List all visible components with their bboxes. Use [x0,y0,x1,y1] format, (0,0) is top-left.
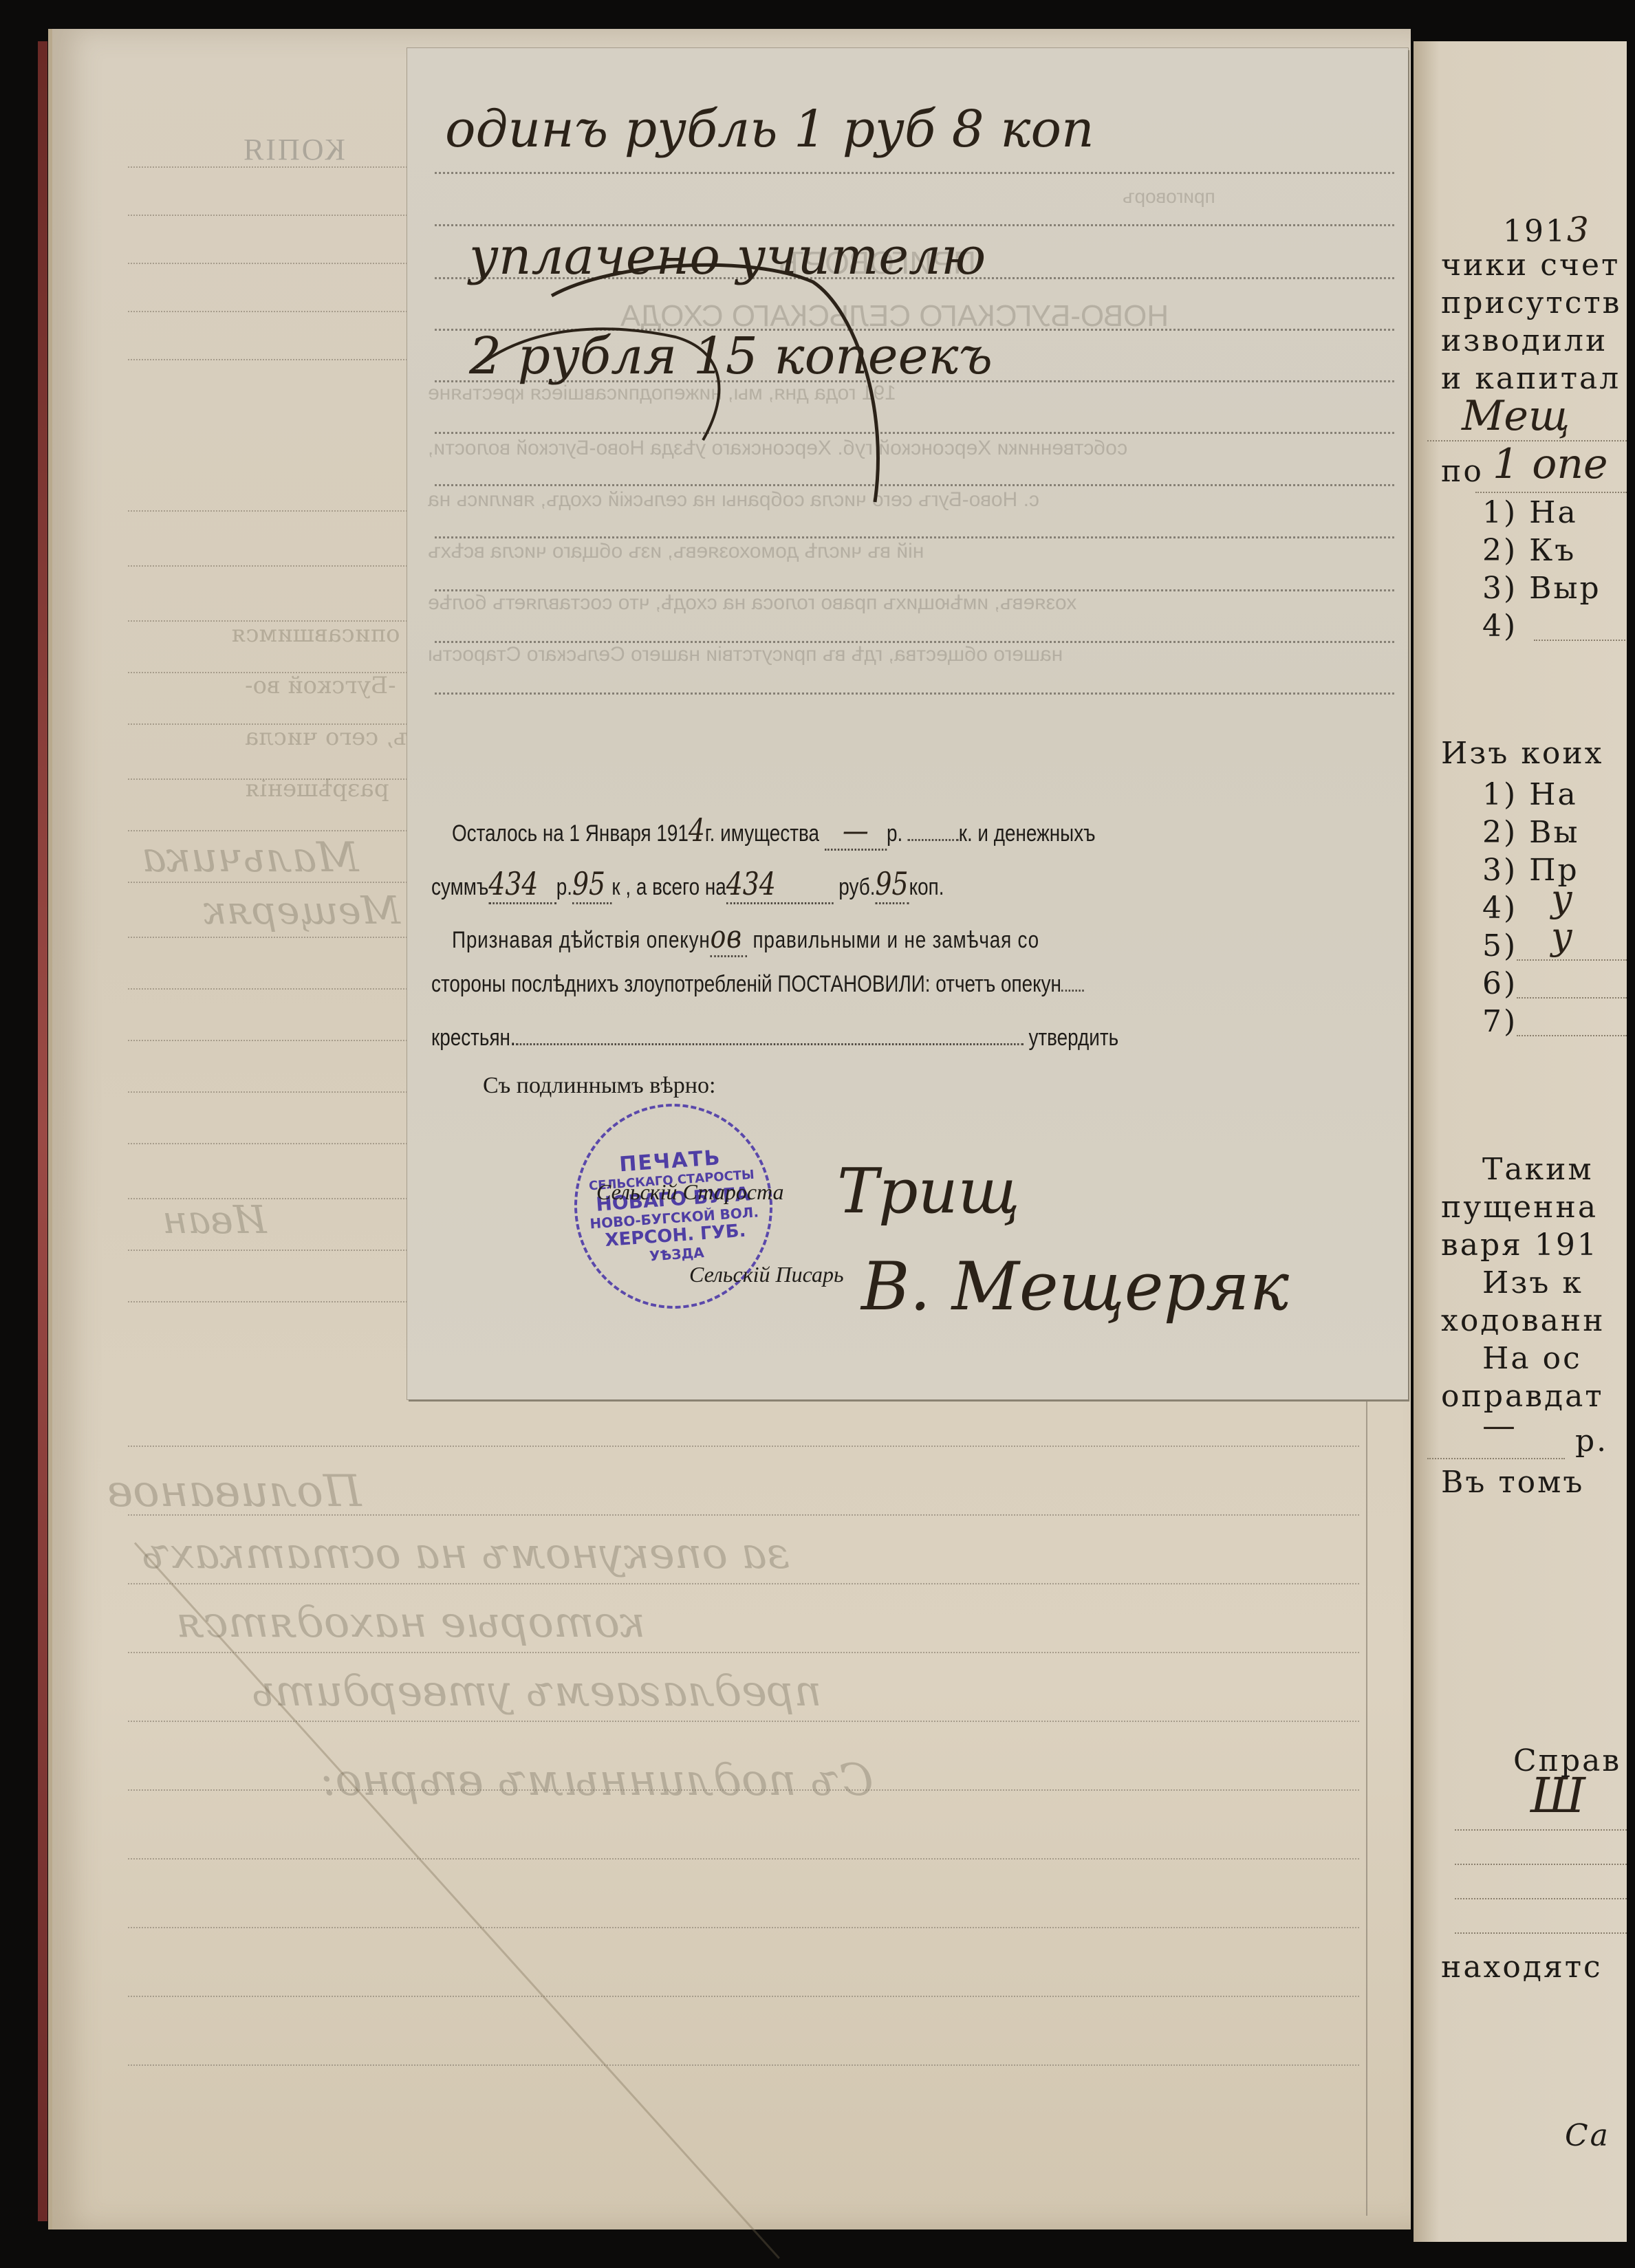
book-spine [38,41,47,2221]
cash-rubles-value: 434 [488,865,538,902]
report-list-item: 1) На [1482,495,1578,530]
approval-line-1: Признавая дѣйствія опекунов правильными … [452,918,1039,957]
bleed-through-handwriting: которые находятся [176,1597,645,1647]
ledger-rule [128,1858,1359,1860]
report-handwritten-dash: — [1482,1406,1515,1445]
bleed-through-handwriting: Съ подлиннымъ вѣрно: [321,1755,874,1806]
report-text-line: находятс [1441,1950,1603,1985]
approval-line-2: стороны послѣднихъ злоупотребленій ПОСТА… [431,971,1084,998]
report-text-line: изводили [1441,323,1607,358]
report-text-line: Въ томъ [1441,1465,1584,1500]
report-text-line: по [1441,454,1484,489]
bleed-through-handwriting: за опекуномъ на остаткахъ [142,1528,790,1578]
ledger-rule [128,2064,1359,2066]
report-list-item: 1) На [1482,777,1578,812]
bleed-through-print: разрѣшенія [245,775,389,803]
report-handwritten-mark: Ш [1530,1767,1585,1824]
report-fill-rule [1517,997,1627,999]
report-handwritten-value: 1 опе [1493,440,1608,488]
bleed-through-handwriting: Поливанов [107,1466,362,1517]
ledger-rule [128,1721,1359,1722]
sums-line: суммъ434р.95к , а всего на434 руб.95коп. [431,865,944,904]
report-fill-rule [1427,1458,1565,1459]
guardian-suffix-handwritten: ов [711,918,742,955]
elder-signature: Трищ [837,1155,1020,1228]
village-clerk-label: Сельскій Писарь [689,1262,844,1287]
report-fill-rule [1455,1898,1627,1899]
ledger-rule [128,1446,1359,1447]
report-list-item: 4) [1482,609,1517,644]
bleed-through-print: съ, сего числа [245,723,422,751]
report-text-line: р. [1575,1424,1608,1459]
report-fill-rule [1455,1864,1627,1865]
report-fill-rule [1534,640,1627,641]
report-list-item: 7) [1482,1004,1517,1039]
report-year-line: 1913 [1503,210,1591,250]
report-text-line: варя 191 [1441,1228,1599,1263]
bleed-through-handwriting: Мальчика [142,833,359,882]
year-digit-handwritten: 4 [689,811,705,849]
bleed-through-handwriting: Иван [162,1198,267,1243]
report-fill-rule [1475,492,1627,493]
report-text-line: Таким [1482,1152,1594,1187]
report-list-item: 2) Вы [1482,815,1580,850]
ledger-rule [128,1652,1359,1653]
bleed-through-handwriting: предлагаемъ утвердить [252,1666,821,1716]
report-text-line: оправдат [1441,1379,1604,1414]
report-list-item: 5) [1482,928,1517,963]
remaining-property-line: Осталось на 1 Января 1914г. имущества —р… [452,811,1096,851]
bleed-through-handwriting: Мещеряк [204,888,400,933]
ledger-rule [128,1583,1359,1584]
report-text-line: Изъ к [1482,1265,1583,1300]
report-text-line: присутств [1441,285,1621,320]
report-fill-rule [1517,959,1627,961]
right-report-page: 1913 чики счет присутств изводили и капи… [1414,41,1627,2242]
mirrored-copy-stamp: КОПІЯ [241,132,345,167]
total-kopecks-value: 95 [875,865,908,902]
total-rubles-value: 434 [726,865,776,902]
report-list-item: 4) [1482,891,1517,926]
report-fill-rule [1455,1932,1627,1934]
clerk-signature: В. Мещеряк [861,1248,1289,1325]
ledger-rule [128,1927,1359,1928]
certified-copy-text: Съ подлиннымъ вѣрно: [483,1073,715,1099]
report-fill-rule [1455,1829,1627,1831]
report-text-line: пущенна [1441,1190,1598,1225]
report-text-line: Са [1565,2118,1610,2153]
approval-line-3: крестьян. утвердить [431,1025,1118,1051]
report-handwritten-mark: у [1551,877,1572,920]
cash-kopecks-value: 95 [572,865,605,902]
report-text-line: ходованн [1441,1303,1605,1338]
report-list-item: 6) [1482,966,1517,1001]
report-text-line: и капитал [1441,361,1621,396]
report-text-line: чики счет [1441,248,1620,283]
report-text-line: Изъ коих [1441,736,1603,771]
ledger-rule [128,1996,1359,1997]
paper-crease [134,1542,780,2258]
report-text-line: На ос [1482,1341,1582,1376]
village-elder-label: Сельскій Староста [596,1179,784,1205]
bleed-through-print: -Бугской во- [245,672,396,699]
bleed-through-print: описавшимся [231,620,400,648]
report-list-item: 2) Къ [1482,533,1576,568]
report-handwritten-mark: у [1551,915,1572,958]
inserted-resolution-form: приговоръ ПРИГОВОРЪ НОВО-БУГСКАГО СЕЛЬСК… [407,48,1408,1399]
report-fill-rule [1517,1035,1627,1036]
report-handwritten-name: Мещ [1462,392,1570,440]
report-list-item: 3) Выр [1482,571,1601,606]
